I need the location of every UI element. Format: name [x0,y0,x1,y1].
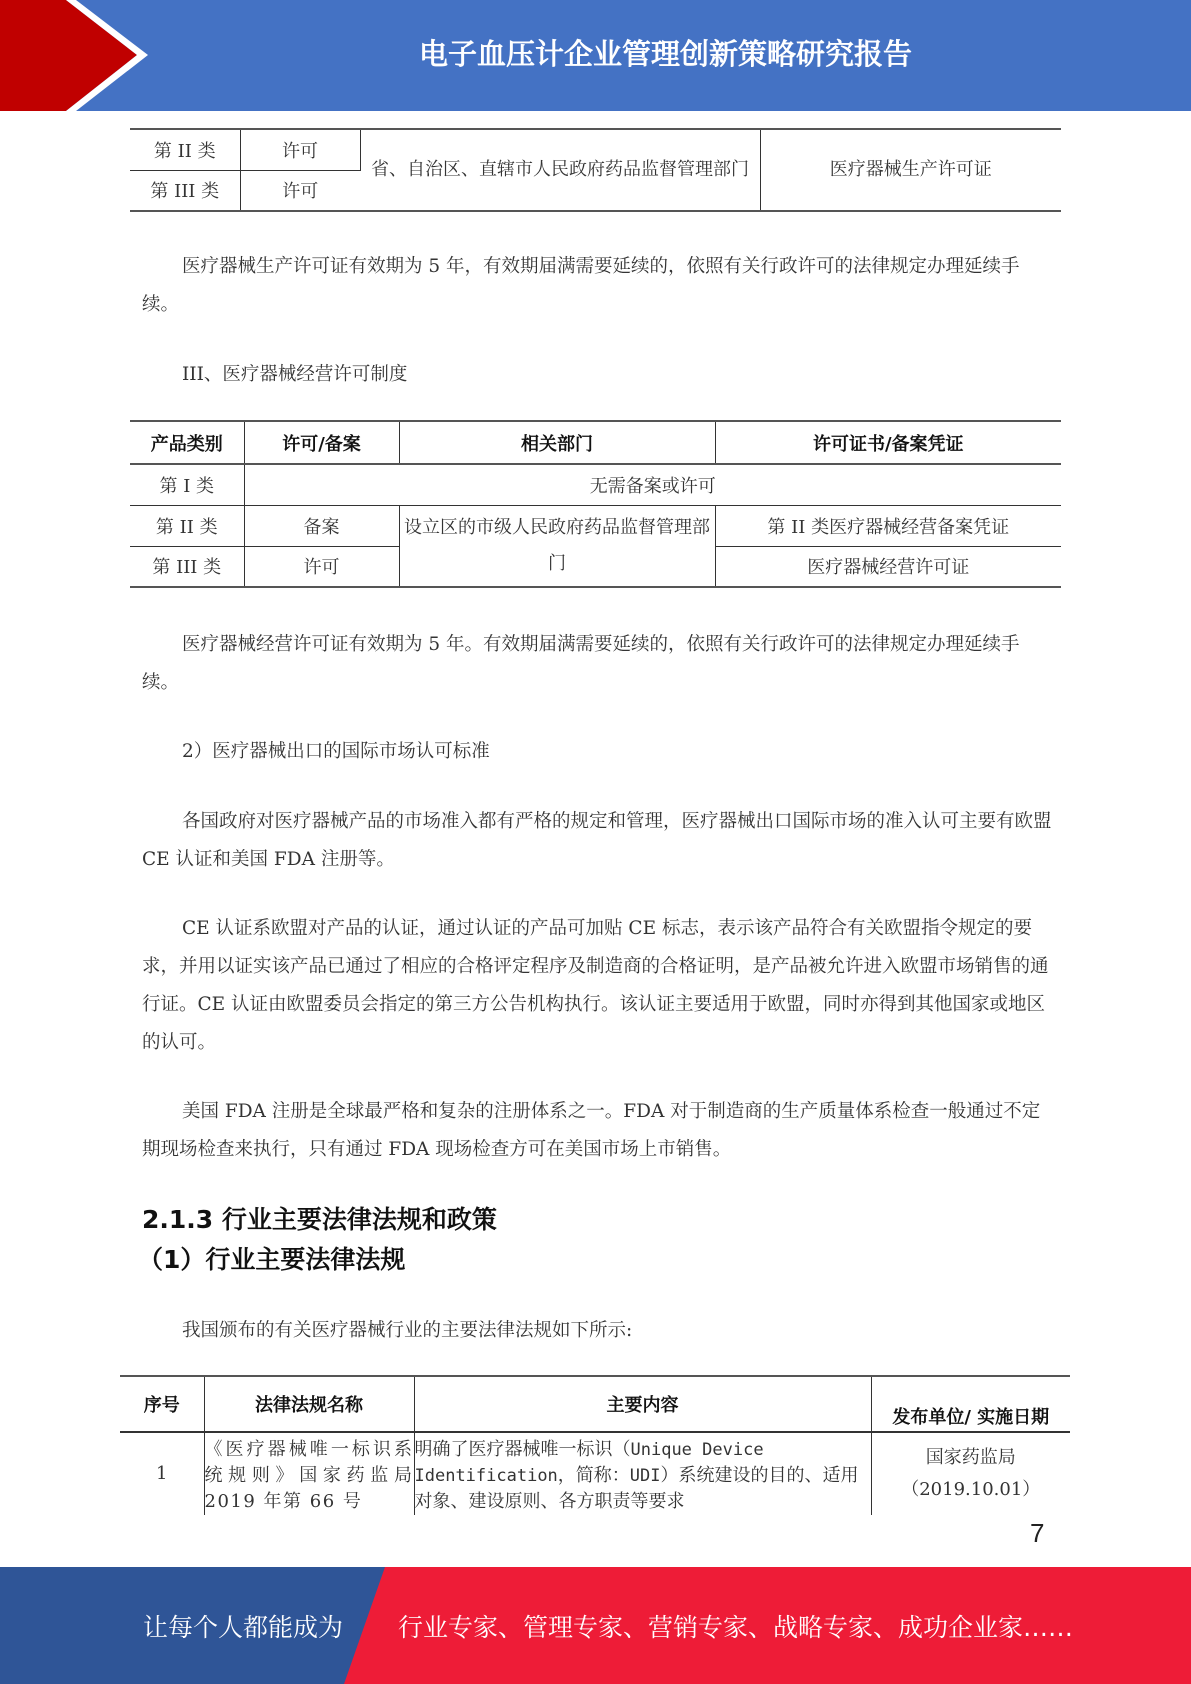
paragraph: 医疗器械生产许可证有效期为 5 年，有效期届满需要延续的，依照有关行政许可的法律… [142,248,1052,324]
page-number: 7 [1030,1518,1044,1549]
column-header: 发布单位/ 实施日期 [871,1376,1070,1432]
section-title: 2.1.3 行业主要法律法规和政策 [142,1200,497,1236]
footer-slogan-left: 让每个人都能成为 [143,1567,343,1684]
business-license-table: 产品类别 许可/备案 相关部门 许可证书/备案凭证 第 I 类 无需备案或许可 … [130,420,1061,588]
page-header: 电子血压计企业管理创新策略研究报告 [0,0,1191,111]
law-content: 明确了医疗器械唯一标识（Unique Device Identification… [414,1432,871,1515]
table-row: 第 I 类 无需备案或许可 [130,464,1061,505]
page-footer: 让每个人都能成为 行业专家、管理专家、营销专家、战略专家、成功企业家…… [0,1567,1191,1684]
column-header: 许可证书/备案凭证 [715,421,1061,464]
category-cell: 第 I 类 [130,464,244,505]
type-cell: 许可 [240,129,360,170]
column-header: 主要内容 [414,1376,871,1432]
department-cell: 省、自治区、直辖市人民政府药品监督管理部门 [360,129,760,211]
department-cell: 设立区的市级人民政府药品监督管理部门 [399,505,715,587]
content-text: 明确了医疗器械唯一标识（ [415,1439,631,1460]
publisher-cell: 国家药监局 （2019.10.01） [871,1432,1070,1515]
column-header: 许可/备案 [244,421,399,464]
paragraph: CE 认证系欧盟对产品的认证，通过认证的产品可加贴 CE 标志，表示该产品符合有… [142,910,1052,1062]
certificate-cell: 医疗器械经营许可证 [715,546,1061,587]
category-cell: 第 II 类 [130,505,244,546]
footer-slogan-right: 行业专家、管理专家、营销专家、战略专家、成功企业家…… [398,1567,1073,1684]
production-license-table: 第 II 类 许可 省、自治区、直辖市人民政府药品监督管理部门 医疗器械生产许可… [130,128,1061,212]
paragraph: 美国 FDA 注册是全球最严格和复杂的注册体系之一。FDA 对于制造商的生产质量… [142,1093,1052,1169]
category-cell: 第 III 类 [130,546,244,587]
content-text: UDI [630,1466,661,1486]
certificate-cell: 医疗器械生产许可证 [760,129,1061,211]
certificate-cell: 第 II 类医疗器械经营备案凭证 [715,505,1061,546]
law-name: 《医疗器械唯一标识系统规则》国家药监局 2019 年第 66 号 [204,1432,414,1515]
table-row: 第 II 类 许可 省、自治区、直辖市人民政府药品监督管理部门 医疗器械生产许可… [130,129,1061,170]
table-header-row: 产品类别 许可/备案 相关部门 许可证书/备案凭证 [130,421,1061,464]
column-header: 相关部门 [399,421,715,464]
category-cell: 第 II 类 [130,129,240,170]
table-header-row: 序号 法律法规名称 主要内容 发布单位/ 实施日期 [120,1376,1070,1432]
category-cell: 第 III 类 [130,170,240,211]
column-header: 法律法规名称 [204,1376,414,1432]
report-title: 电子血压计企业管理创新策略研究报告 [140,0,1191,104]
paragraph: 各国政府对医疗器械产品的市场准入都有严格的规定和管理，医疗器械出口国际市场的准入… [142,803,1052,879]
subsection-title: （1）行业主要法律法规 [138,1240,405,1276]
paragraph: 我国颁布的有关医疗器械行业的主要法律法规如下所示: [142,1312,1052,1350]
publisher: 国家药监局 [872,1442,1071,1474]
merged-cell: 无需备案或许可 [244,464,1061,505]
type-cell: 备案 [244,505,399,546]
subheading-business-license: III、医疗器械经营许可制度 [142,356,1052,394]
paragraph: 医疗器械经营许可证有效期为 5 年。有效期届满需要延续的，依照有关行政许可的法律… [142,626,1052,702]
effective-date: （2019.10.01） [872,1474,1071,1506]
column-header: 序号 [120,1376,204,1432]
table-row: 1 《医疗器械唯一标识系统规则》国家药监局 2019 年第 66 号 明确了医疗… [120,1432,1070,1515]
content-text: ，简称： [558,1465,630,1486]
type-cell: 许可 [240,170,360,211]
laws-table: 序号 法律法规名称 主要内容 发布单位/ 实施日期 1 《医疗器械唯一标识系统规… [120,1375,1070,1515]
type-cell: 许可 [244,546,399,587]
table-row: 第 II 类 备案 设立区的市级人民政府药品监督管理部门 第 II 类医疗器械经… [130,505,1061,546]
column-header: 产品类别 [130,421,244,464]
subheading-export-standards: 2）医疗器械出口的国际市场认可标准 [142,733,1052,771]
row-number: 1 [120,1432,204,1515]
